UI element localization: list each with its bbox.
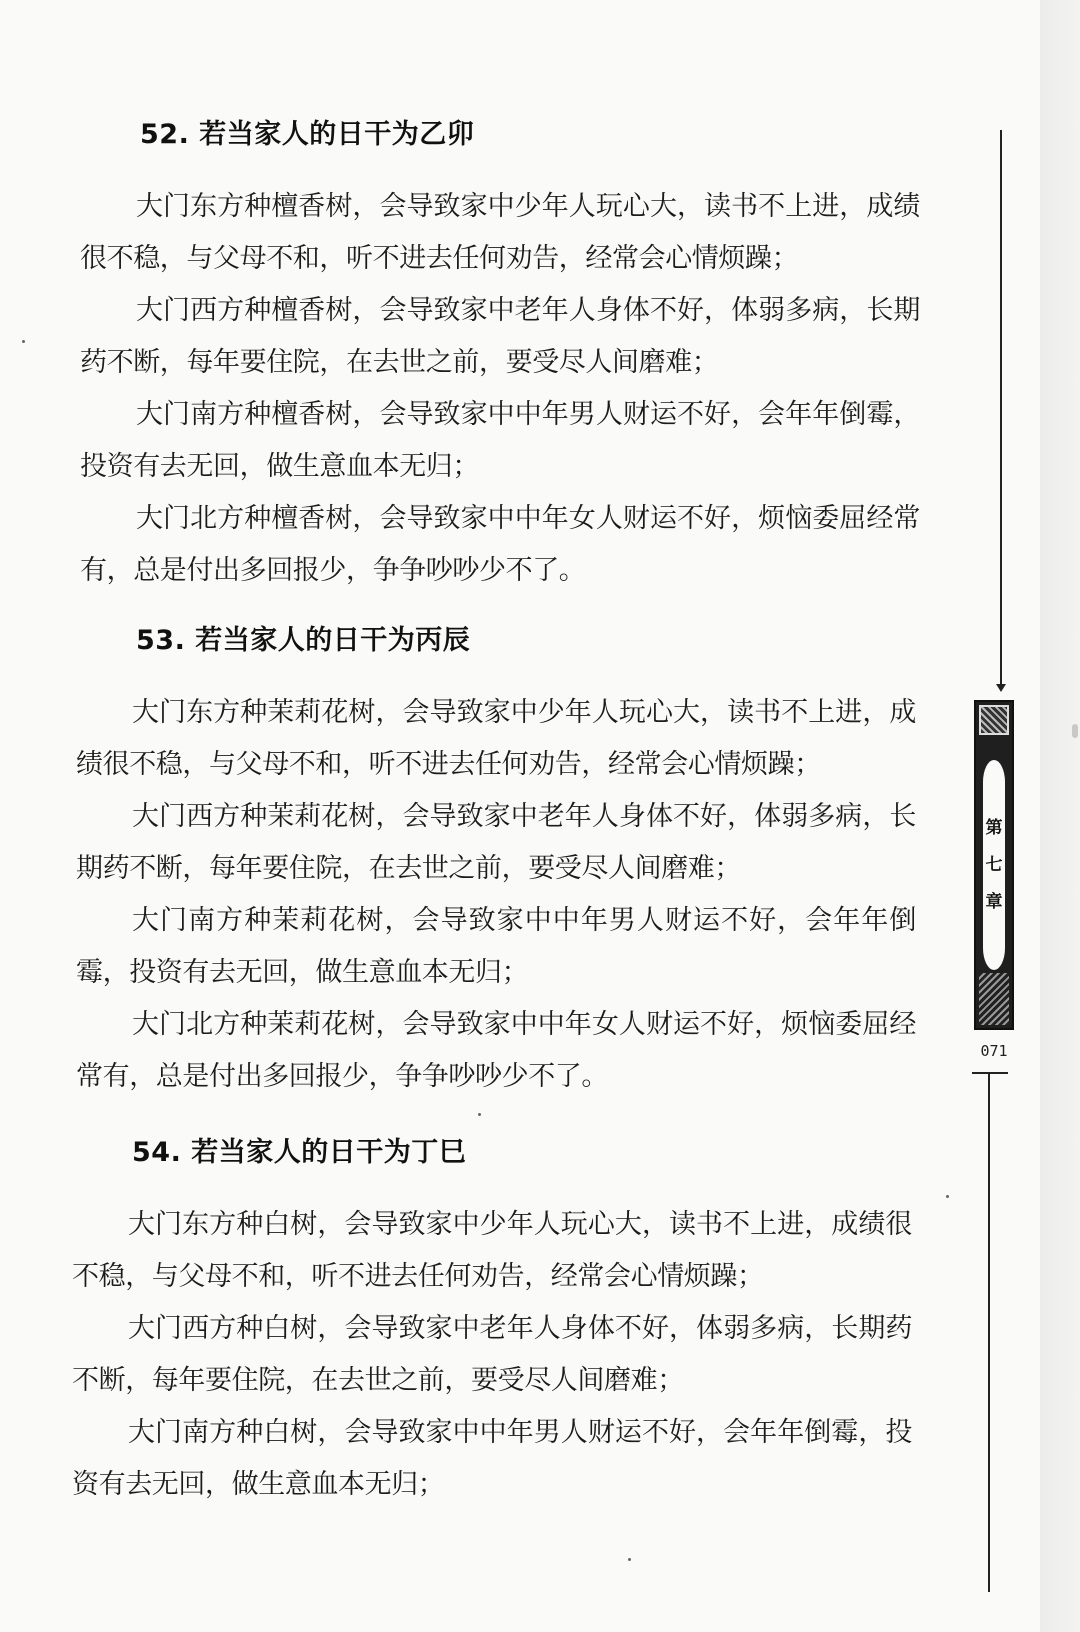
arrow-down-icon [996, 684, 1006, 692]
chapter-char: 七 [986, 857, 1003, 874]
paragraph-west: 大门西方种白树，会导致家中老年人身体不好，体弱多病，长期药不断，每年要住院，在去… [72, 1303, 912, 1407]
chapter-char: 第 [986, 820, 1003, 837]
scan-speck [946, 1195, 949, 1198]
section-body: 大门东方种檀香树，会导致家中少年人玩心大，读书不上进，成绩很不稳，与父母不和，听… [80, 181, 920, 597]
scan-speck [478, 1113, 481, 1116]
paragraph-north: 大门北方种檀香树，会导致家中中年女人财运不好，烦恼委屈经常有，总是付出多回报少，… [80, 493, 920, 597]
ornament-icon [979, 705, 1009, 735]
paragraph-south: 大门南方种茉莉花树，会导致家中中年男人财运不好，会年年倒霉，投资有去无回，做生意… [76, 895, 916, 999]
book-page: 52. 若当家人的日干为乙卯 大门东方种檀香树，会导致家中少年人玩心大，读书不上… [0, 0, 1040, 1632]
scroll-indicator[interactable] [1072, 724, 1078, 738]
ornament-icon [979, 973, 1009, 1025]
section-body: 大门东方种白树，会导致家中少年人玩心大，读书不上进，成绩很不稳，与父母不和，听不… [72, 1199, 912, 1511]
paragraph-west: 大门西方种茉莉花树，会导致家中老年人身体不好，体弱多病，长期药不断，每年要住院，… [76, 791, 916, 895]
section-title: 53. 若当家人的日干为丙辰 [76, 618, 916, 657]
margin-rule [1000, 130, 1002, 690]
section-53: 53. 若当家人的日干为丙辰 大门东方种茉莉花树，会导致家中少年人玩心大，读书不… [76, 618, 916, 1103]
viewer-edge [1040, 0, 1080, 1632]
margin-rule [972, 1072, 1008, 1074]
margin-rule [988, 1072, 990, 1592]
section-52: 52. 若当家人的日干为乙卯 大门东方种檀香树，会导致家中少年人玩心大，读书不上… [80, 112, 920, 597]
paragraph-south: 大门南方种白树，会导致家中中年男人财运不好，会年年倒霉，投资有去无回，做生意血本… [72, 1407, 912, 1511]
paragraph-north: 大门北方种茉莉花树，会导致家中中年女人财运不好，烦恼委屈经常有，总是付出多回报少… [76, 999, 916, 1103]
paragraph-west: 大门西方种檀香树，会导致家中老年人身体不好，体弱多病，长期药不断，每年要住院，在… [80, 285, 920, 389]
paragraph-east: 大门东方种白树，会导致家中少年人玩心大，读书不上进，成绩很不稳，与父母不和，听不… [72, 1199, 912, 1303]
paragraph-east: 大门东方种檀香树，会导致家中少年人玩心大，读书不上进，成绩很不稳，与父母不和，听… [80, 181, 920, 285]
chapter-char: 章 [986, 894, 1003, 911]
page-number: 071 [974, 1042, 1014, 1060]
section-title: 54. 若当家人的日干为丁巳 [72, 1130, 912, 1169]
chapter-tab: 第 七 章 [974, 700, 1014, 1030]
section-54: 54. 若当家人的日干为丁巳 大门东方种白树，会导致家中少年人玩心大，读书不上进… [72, 1130, 912, 1511]
scan-speck [22, 340, 25, 343]
paragraph-east: 大门东方种茉莉花树，会导致家中少年人玩心大，读书不上进，成绩很不稳，与父母不和，… [76, 687, 916, 791]
chapter-label: 第 七 章 [983, 760, 1005, 970]
paragraph-south: 大门南方种檀香树，会导致家中中年男人财运不好，会年年倒霉，投资有去无回，做生意血… [80, 389, 920, 493]
section-title: 52. 若当家人的日干为乙卯 [80, 112, 920, 151]
section-body: 大门东方种茉莉花树，会导致家中少年人玩心大，读书不上进，成绩很不稳，与父母不和，… [76, 687, 916, 1103]
scan-speck [628, 1558, 631, 1561]
